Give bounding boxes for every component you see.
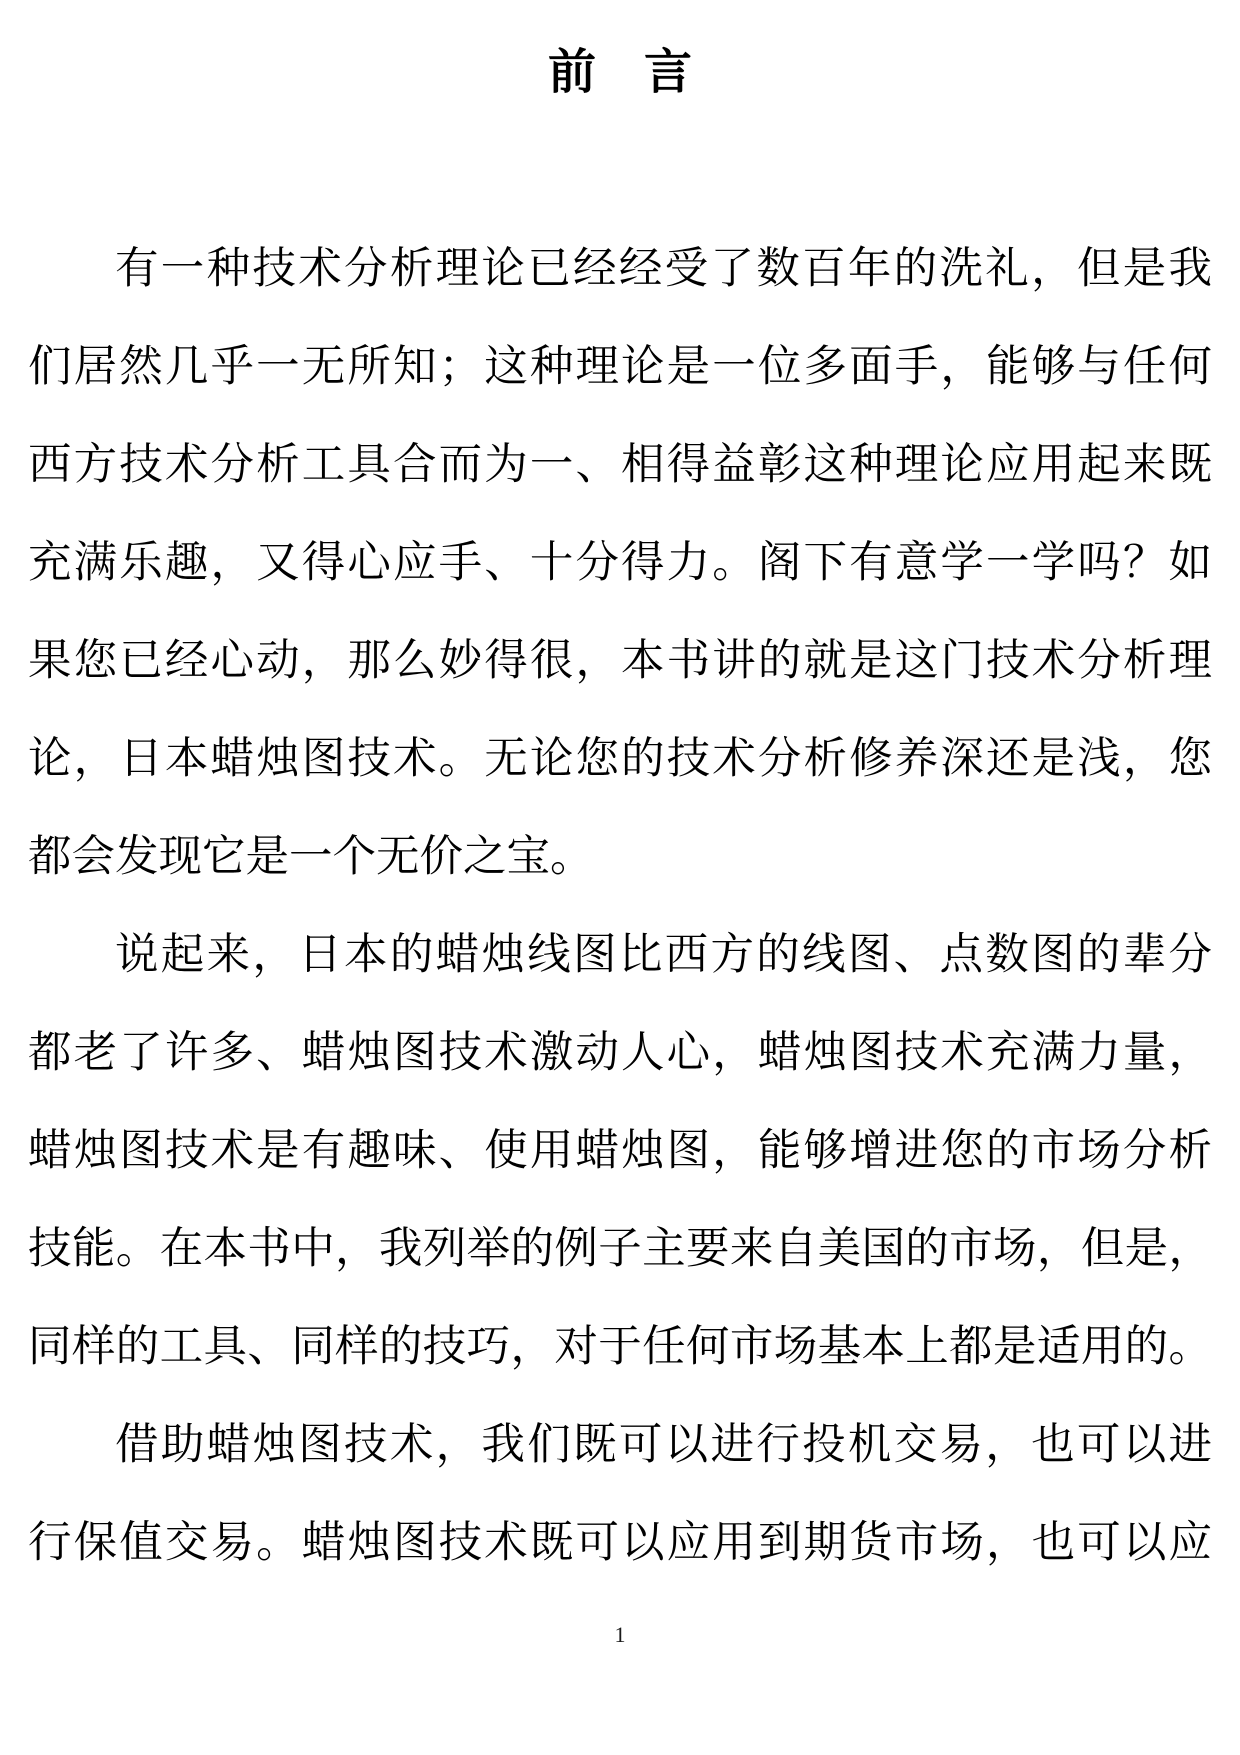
page-title: 前 言 — [0, 45, 1240, 101]
text-line: 果您已经心动，那么妙得很，本书讲的就是这门技术分析理 — [28, 612, 1212, 710]
page-number: 1 — [0, 1622, 1240, 1648]
text-line: 都会发现它是一个无价之宝。 — [28, 808, 1212, 906]
text-line: 技能。在本书中，我列举的例子主要来自美国的市场，但是， — [28, 1200, 1212, 1298]
text-line: 充满乐趣，又得心应手、十分得力。阁下有意学一学吗？如 — [28, 514, 1212, 612]
text-line: 同样的工具、同样的技巧，对于任何市场基本上都是适用的。 — [28, 1298, 1212, 1396]
text-line: 借助蜡烛图技术，我们既可以进行投机交易，也可以进 — [28, 1396, 1212, 1494]
text-line: 说起来，日本的蜡烛线图比西方的线图、点数图的辈分 — [28, 906, 1212, 1004]
text-body: 有一种技术分析理论已经经受了数百年的洗礼，但是我们居然几乎一无所知；这种理论是一… — [28, 220, 1212, 1592]
text-line: 行保值交易。蜡烛图技术既可以应用到期货市场，也可以应 — [28, 1494, 1212, 1592]
text-line: 论，日本蜡烛图技术。无论您的技术分析修养深还是浅，您 — [28, 710, 1212, 808]
text-line: 蜡烛图技术是有趣味、使用蜡烛图，能够增进您的市场分析 — [28, 1102, 1212, 1200]
text-line: 西方技术分析工具合而为一、相得益彰这种理论应用起来既 — [28, 416, 1212, 514]
text-line: 有一种技术分析理论已经经受了数百年的洗礼，但是我 — [28, 220, 1212, 318]
document-page: 前 言 有一种技术分析理论已经经受了数百年的洗礼，但是我们居然几乎一无所知；这种… — [0, 0, 1240, 1755]
text-line: 都老了许多、蜡烛图技术激动人心，蜡烛图技术充满力量， — [28, 1004, 1212, 1102]
text-line: 们居然几乎一无所知；这种理论是一位多面手，能够与任何 — [28, 318, 1212, 416]
